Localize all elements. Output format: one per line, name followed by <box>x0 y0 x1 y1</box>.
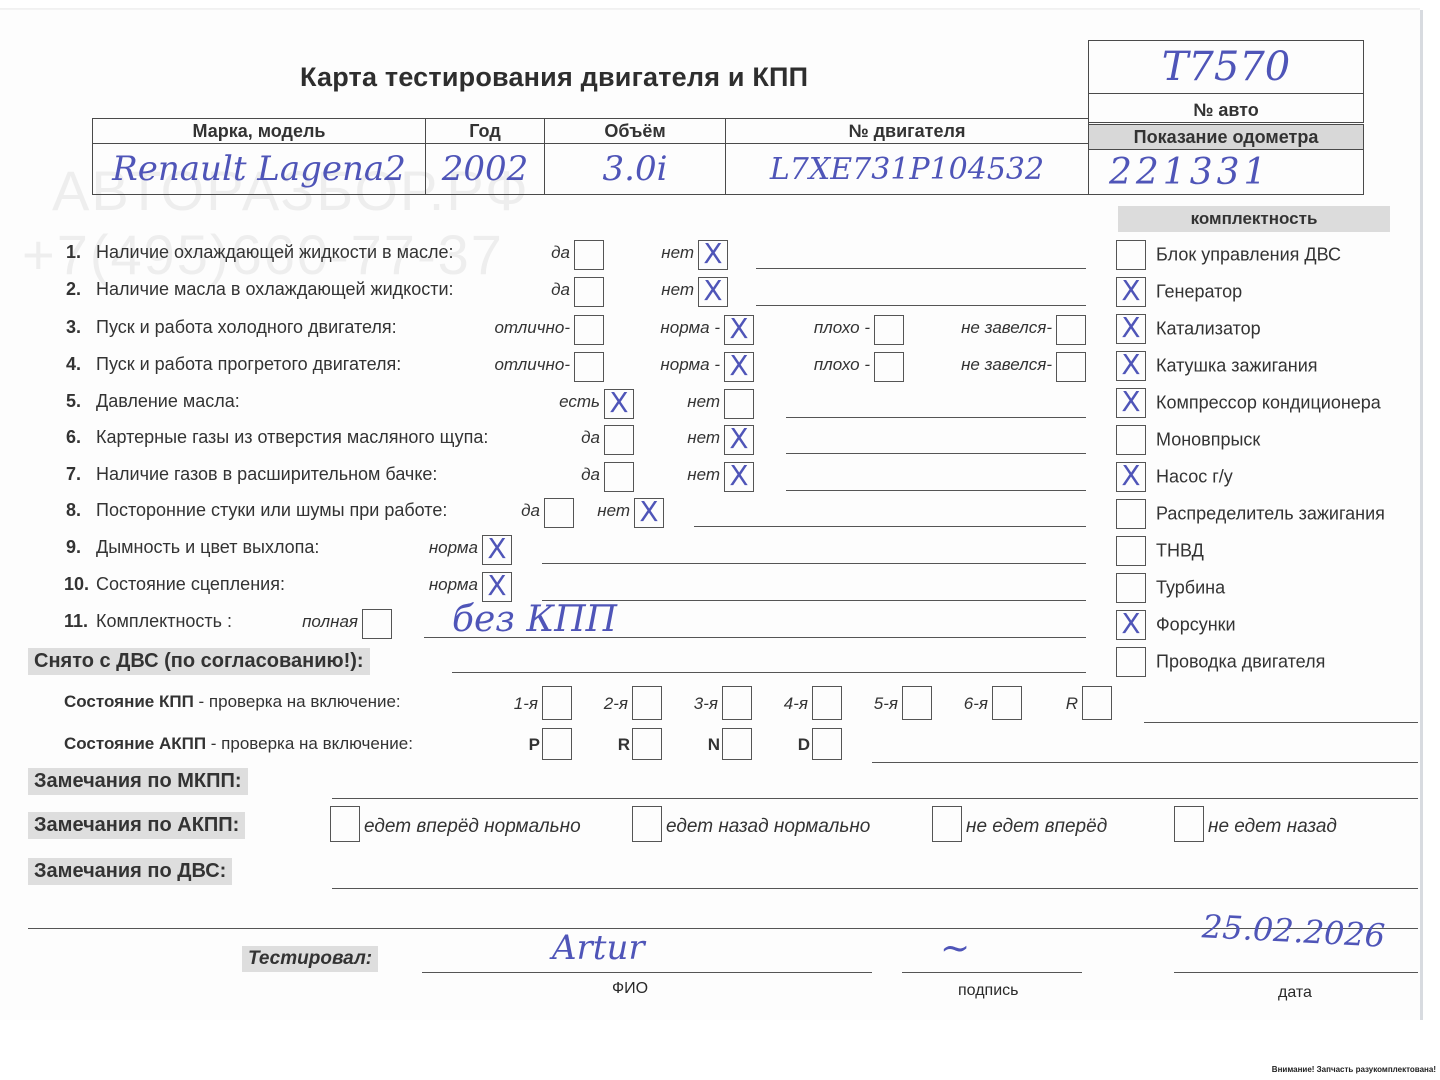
question-text: 6.Картерные газы из отверстия масляного … <box>66 427 488 448</box>
gear-label: R <box>1066 694 1078 714</box>
question-text: 4.Пуск и работа прогретого двигателя: <box>66 354 401 375</box>
option-label: не завелся- <box>961 318 1052 338</box>
date-label: дата <box>1278 984 1312 1002</box>
question-number: 7. <box>66 464 96 485</box>
komplektnost-checkbox[interactable]: X <box>1116 462 1146 492</box>
option-label: есть <box>559 392 600 412</box>
check-mark-icon: X <box>725 312 753 345</box>
check-mark-icon: X <box>1117 385 1145 418</box>
option-label: норма <box>429 575 478 595</box>
akpp-label: Состояние АКПП - проверка на включение: <box>64 734 413 754</box>
question-number: 1. <box>66 242 96 263</box>
option-checkbox[interactable]: X <box>698 240 728 270</box>
footer-warning: Внимание! Запчасть разукомплектована! <box>1272 1065 1436 1074</box>
komplektnost-item-label: Моновпрыск <box>1156 430 1260 450</box>
check-mark-icon: X <box>1117 311 1145 344</box>
option-label: не завелся- <box>961 355 1052 375</box>
komplektnost-checkbox[interactable]: X <box>1116 314 1146 344</box>
option-label: нет <box>661 280 694 300</box>
fio-label: ФИО <box>612 980 648 998</box>
question-number: 5. <box>66 391 96 412</box>
option-checkbox[interactable] <box>544 498 574 528</box>
option-checkbox[interactable] <box>874 352 904 382</box>
question-label: Дымность и цвет выхлопа: <box>96 537 319 557</box>
question-text: 3.Пуск и работа холодного двигателя: <box>66 317 397 338</box>
page-title: Карта тестирования двигателя и КПП <box>300 62 808 93</box>
check-mark-icon: X <box>725 459 753 492</box>
akpp-remark-label: не едет вперёд <box>966 816 1107 838</box>
akpp-remark-label: не едет назад <box>1208 816 1337 838</box>
komplektnost-item[interactable]: XКомпрессор кондиционера <box>1116 388 1381 418</box>
option-checkbox[interactable]: X <box>724 425 754 455</box>
question-number: 11. <box>64 611 96 632</box>
komplektnost-item[interactable]: XКатализатор <box>1116 314 1261 344</box>
komplektnost-checkbox[interactable]: X <box>1116 351 1146 381</box>
question-number: 10. <box>64 574 96 595</box>
option-label: да <box>581 428 600 448</box>
kpp-label-bold: Состояние КПП <box>64 692 194 711</box>
gear-checkbox[interactable] <box>812 686 842 720</box>
question-label: Наличие масла в охлаждающей жидкости: <box>96 279 454 299</box>
question-number: 8. <box>66 500 96 521</box>
option-checkbox[interactable] <box>1056 315 1086 345</box>
gear-checkbox[interactable] <box>1082 686 1112 720</box>
question-text: 1.Наличие охлаждающей жидкости в масле: <box>66 242 454 263</box>
gear-checkbox[interactable] <box>632 686 662 720</box>
komplektnost-item-label: Распределитель зажигания <box>1156 504 1385 524</box>
remarks-mkpp-line[interactable] <box>332 798 1418 799</box>
col-make-model: Марка, модель <box>93 119 426 144</box>
gear-checkbox[interactable] <box>902 686 932 720</box>
notes-line[interactable] <box>786 453 1086 454</box>
option-checkbox[interactable]: X <box>724 315 754 345</box>
question-number: 6. <box>66 427 96 448</box>
komplektnost-item-label: Блок управления ДВС <box>1156 245 1341 265</box>
komplektnost-item[interactable]: XФорсунки <box>1116 610 1236 640</box>
question-label: Посторонние стуки или шумы при работе: <box>96 500 447 520</box>
notes-line[interactable] <box>542 600 1086 601</box>
option-label: нет <box>687 465 720 485</box>
tested-by-label: Тестировал: <box>242 946 378 972</box>
komplektnost-checkbox[interactable]: X <box>1116 388 1146 418</box>
akpp-remark-checkbox[interactable] <box>330 806 360 842</box>
gear-checkbox[interactable] <box>542 728 572 760</box>
signature-line <box>902 972 1082 973</box>
komplektnost-item[interactable]: Проводка двигателя <box>1116 647 1325 677</box>
gear-label: R <box>618 735 630 755</box>
komplektnost-note[interactable]: без КПП <box>452 599 617 640</box>
remarks-dvs-line[interactable] <box>332 888 1418 889</box>
date-line <box>1174 972 1418 973</box>
option-checkbox[interactable] <box>362 609 392 639</box>
option-label: отлично- <box>494 318 570 338</box>
col-year: Год <box>426 119 545 144</box>
option-checkbox[interactable]: X <box>604 389 634 419</box>
question-number: 4. <box>66 354 96 375</box>
komplektnost-item-label: Турбина <box>1156 578 1225 598</box>
gear-checkbox[interactable] <box>722 728 752 760</box>
option-label: нет <box>661 243 694 263</box>
engine-number-value[interactable]: L7XE731P104532 <box>726 144 1089 195</box>
komplektnost-checkbox[interactable] <box>1116 647 1146 677</box>
check-mark-icon: X <box>483 569 511 602</box>
option-label: плохо - <box>814 355 870 375</box>
gear-label: N <box>708 735 720 755</box>
option-label: плохо - <box>814 318 870 338</box>
option-checkbox[interactable]: X <box>482 572 512 602</box>
komplektnost-item[interactable]: Распределитель зажигания <box>1116 499 1385 529</box>
komplektnost-checkbox[interactable] <box>1116 240 1146 270</box>
check-mark-icon: X <box>699 237 727 270</box>
option-label: норма - <box>660 355 720 375</box>
komplektnost-item[interactable]: XНасос г/у <box>1116 462 1233 492</box>
make-model-value[interactable]: Renault Lagena2 <box>93 144 426 195</box>
question-number: 9. <box>66 537 96 558</box>
check-mark-icon: X <box>725 422 753 455</box>
komplektnost-checkbox[interactable]: X <box>1116 610 1146 640</box>
col-engine-number: № двигателя <box>726 119 1089 144</box>
gear-label: 1-я <box>514 694 538 714</box>
odometer-box: Показание одометра 221331 <box>1088 124 1364 195</box>
check-mark-icon: X <box>699 274 727 307</box>
akpp-notes-line[interactable] <box>872 762 1418 763</box>
gear-label: 2-я <box>604 694 628 714</box>
question-text: 10.Состояние сцепления: <box>64 574 285 595</box>
question-text: 11.Комплектность : <box>64 611 232 632</box>
option-checkbox[interactable]: X <box>482 535 512 565</box>
check-mark-icon: X <box>725 349 753 382</box>
komplektnost-checkbox[interactable]: X <box>1116 277 1146 307</box>
komplektnost-item-label: Катушка зажигания <box>1156 356 1318 376</box>
option-label: да <box>581 465 600 485</box>
tester-signature[interactable]: ~ <box>940 928 970 969</box>
remarks-mkpp-label: Замечания по МКПП: <box>28 768 248 795</box>
check-mark-icon: X <box>635 495 663 528</box>
akpp-remark-checkbox[interactable] <box>632 806 662 842</box>
komplektnost-item[interactable]: Моновпрыск <box>1116 425 1260 455</box>
year-value[interactable]: 2002 <box>426 144 545 195</box>
tester-name[interactable]: Artur <box>552 928 645 968</box>
kpp-notes-line[interactable] <box>1144 722 1418 723</box>
notes-line[interactable] <box>756 268 1086 269</box>
odometer-label: Показание одометра <box>1089 125 1363 150</box>
check-mark-icon: X <box>1117 607 1145 640</box>
removed-from-engine-line[interactable] <box>452 672 1086 673</box>
question-text: 5.Давление масла: <box>66 391 240 412</box>
option-checkbox[interactable]: X <box>698 277 728 307</box>
fio-line <box>422 972 872 973</box>
option-checkbox[interactable] <box>724 389 754 419</box>
komplektnost-checkbox[interactable] <box>1116 499 1146 529</box>
option-label: полная <box>302 612 358 632</box>
auto-number-label: № авто <box>1089 94 1363 122</box>
akpp-remark-label: едет назад нормально <box>666 816 870 838</box>
auto-number-box: T7570 № авто <box>1088 40 1364 123</box>
akpp-remark-checkbox[interactable] <box>1174 806 1204 842</box>
gear-label: D <box>798 735 810 755</box>
volume-value[interactable]: 3.0i <box>545 144 726 195</box>
question-text: 7.Наличие газов в расширительном бачке: <box>66 464 437 485</box>
option-label: отлично- <box>494 355 570 375</box>
gear-label: 4-я <box>784 694 808 714</box>
option-label: норма - <box>660 318 720 338</box>
check-mark-icon: X <box>1117 348 1145 381</box>
komplektnost-item-label: Генератор <box>1156 282 1242 302</box>
question-label: Пуск и работа прогретого двигателя: <box>96 354 401 374</box>
option-label: нет <box>597 501 630 521</box>
option-checkbox[interactable] <box>574 315 604 345</box>
gear-checkbox[interactable] <box>992 686 1022 720</box>
question-label: Комплектность : <box>96 611 232 631</box>
option-label: да <box>521 501 540 521</box>
gear-label: 6-я <box>964 694 988 714</box>
question-label: Наличие охлаждающей жидкости в масле: <box>96 242 454 262</box>
signature-label: подпись <box>958 982 1018 1000</box>
notes-line[interactable] <box>786 417 1086 418</box>
vehicle-info-table: Марка, модель Год Объём № двигателя Rena… <box>92 118 1089 195</box>
komplektnost-item-label: Компрессор кондиционера <box>1156 393 1381 413</box>
akpp-remark-checkbox[interactable] <box>932 806 962 842</box>
notes-line[interactable] <box>756 305 1086 306</box>
option-checkbox[interactable] <box>604 462 634 492</box>
option-checkbox[interactable] <box>874 315 904 345</box>
odometer-value[interactable]: 221331 <box>1089 150 1363 194</box>
komplektnost-item-label: Проводка двигателя <box>1156 652 1325 672</box>
komplektnost-item[interactable]: Блок управления ДВС <box>1116 240 1341 270</box>
question-label: Состояние сцепления: <box>96 574 285 594</box>
gear-checkbox[interactable] <box>812 728 842 760</box>
option-label: да <box>551 280 570 300</box>
gear-checkbox[interactable] <box>632 728 662 760</box>
komplektnost-item[interactable]: Турбина <box>1116 573 1225 603</box>
question-text: 8.Посторонние стуки или шумы при работе: <box>66 500 447 521</box>
option-checkbox[interactable] <box>574 352 604 382</box>
komplektnost-item-label: Форсунки <box>1156 615 1236 635</box>
komplektnost-checkbox[interactable] <box>1116 425 1146 455</box>
question-label: Наличие газов в расширительном бачке: <box>96 464 437 484</box>
option-checkbox[interactable]: X <box>634 498 664 528</box>
check-mark-icon: X <box>1117 274 1145 307</box>
gear-checkbox[interactable] <box>722 686 752 720</box>
check-mark-icon: X <box>483 532 511 565</box>
question-text: 2.Наличие масла в охлаждающей жидкости: <box>66 279 454 300</box>
komplektnost-item[interactable]: XКатушка зажигания <box>1116 351 1318 381</box>
option-label: да <box>551 243 570 263</box>
option-label: нет <box>687 392 720 412</box>
option-checkbox[interactable] <box>574 240 604 270</box>
komplektnost-title: комплектность <box>1118 206 1390 232</box>
gear-label: 5-я <box>874 694 898 714</box>
komplektnost-checkbox[interactable] <box>1116 536 1146 566</box>
notes-line[interactable] <box>542 563 1086 564</box>
option-checkbox[interactable]: X <box>724 462 754 492</box>
akpp-remark-label: едет вперёд нормально <box>364 816 581 838</box>
question-label: Картерные газы из отверстия масляного щу… <box>96 427 488 447</box>
akpp-label-rest: - проверка на включение: <box>206 734 413 753</box>
komplektnost-item-label: Насос г/у <box>1156 467 1233 487</box>
remarks-akpp-label: Замечания по АКПП: <box>28 812 245 839</box>
komplektnost-item[interactable]: ТНВД <box>1116 536 1204 566</box>
komplektnost-checkbox[interactable] <box>1116 573 1146 603</box>
option-checkbox[interactable]: X <box>724 352 754 382</box>
check-mark-icon: X <box>605 386 633 419</box>
kpp-label-rest: - проверка на включение: <box>194 692 401 711</box>
remarks-dvs-label: Замечания по ДВС: <box>28 858 232 885</box>
komplektnost-item[interactable]: XГенератор <box>1116 277 1242 307</box>
question-number: 2. <box>66 279 96 300</box>
question-label: Пуск и работа холодного двигателя: <box>96 317 397 337</box>
komplektnost-item-label: ТНВД <box>1156 541 1204 561</box>
option-checkbox[interactable] <box>1056 352 1086 382</box>
removed-from-engine-label: Снято с ДВС (по согласованию!): <box>28 648 370 675</box>
akpp-label-bold: Состояние АКПП <box>64 734 206 753</box>
kpp-label: Состояние КПП - проверка на включение: <box>64 692 401 712</box>
auto-number-value[interactable]: T7570 <box>1089 41 1363 94</box>
question-text: 9.Дымность и цвет выхлопа: <box>66 537 319 558</box>
check-mark-icon: X <box>1117 459 1145 492</box>
question-number: 3. <box>66 317 96 338</box>
gear-checkbox[interactable] <box>542 686 572 720</box>
gear-label: 3-я <box>694 694 718 714</box>
komplektnost-item-label: Катализатор <box>1156 319 1261 339</box>
option-checkbox[interactable] <box>604 425 634 455</box>
question-label: Давление масла: <box>96 391 240 411</box>
notes-line[interactable] <box>786 490 1086 491</box>
option-label: норма <box>429 538 478 558</box>
notes-line[interactable] <box>694 526 1086 527</box>
option-checkbox[interactable] <box>574 277 604 307</box>
col-volume: Объём <box>545 119 726 144</box>
gear-label: P <box>529 735 540 755</box>
option-label: нет <box>687 428 720 448</box>
